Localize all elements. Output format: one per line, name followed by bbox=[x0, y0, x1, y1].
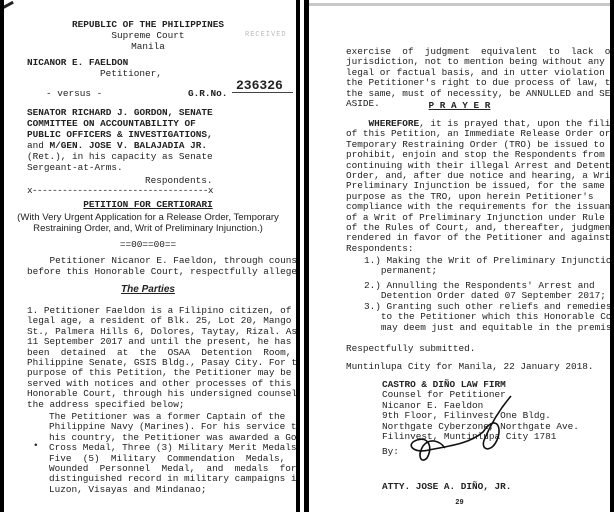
signature-mark bbox=[399, 392, 519, 464]
relief-item-3: 3.) Granting such other reliefs and reme… bbox=[364, 302, 610, 333]
intro-line-2: before this Honorable Court, respectfull… bbox=[27, 267, 296, 277]
respondent-line-4: and M/GEN. JOSE V. BALAJADIA JR. bbox=[27, 141, 207, 151]
respondent-line-5: (Ret.), in his capacity as Senate bbox=[27, 152, 213, 162]
right-document-page: exercise of judgment equivalent to lack … bbox=[309, 0, 610, 512]
attorney-name: ATTY. JOSE A. DIÑO, JR. bbox=[382, 482, 511, 492]
relief-item-1: 1.) Making the Writ of Preliminary Injun… bbox=[364, 256, 610, 277]
continuation-line: the same, must of necessity, be ANNULLED… bbox=[346, 89, 610, 99]
received-stamp: RECEIVED bbox=[245, 30, 287, 40]
gr-label: G.R.No. bbox=[188, 89, 227, 99]
petition-subtitle-1: (With Very Urgent Application for a Rele… bbox=[0, 212, 296, 223]
ornamental-divider: ==00==00== bbox=[0, 240, 296, 250]
respondent-line-3: PUBLIC OFFICERS & INVESTIGATIONS, bbox=[27, 130, 213, 140]
paragraph-1: 1. Petitioner Faeldon is a Filipino citi… bbox=[27, 306, 296, 410]
petition-subtitle-2: Restraining Order, and, Writ of Prelimin… bbox=[0, 223, 296, 234]
frame-border-left bbox=[0, 0, 4, 512]
prayer-heading: P R A Y E R bbox=[309, 101, 610, 111]
relief-item-2: 2.) Annulling the Respondents' Arrest an… bbox=[364, 281, 610, 302]
petition-title: PETITION FOR CERTIORARI bbox=[0, 200, 296, 210]
court-city: Manila bbox=[0, 42, 296, 52]
page-top-edge bbox=[309, 3, 610, 6]
frame-border-right bbox=[610, 0, 614, 512]
relief-line: may deem just and equitable in the premi… bbox=[364, 323, 610, 333]
intro-line-1: Petitioner Nicanor E. Faeldon, through c… bbox=[27, 256, 296, 266]
versus-text: - versus - bbox=[46, 89, 102, 99]
petitioner-name: NICANOR E. FAELDON bbox=[27, 58, 128, 68]
prayer-paragraph: WHEREFORE, it is prayed that, upon the f… bbox=[346, 119, 610, 254]
wherefore-text: WHEREFORE bbox=[369, 118, 420, 129]
caption-separator: x-----------------------------------x bbox=[27, 186, 213, 196]
paragraph-1-line: the address specified below; bbox=[27, 400, 296, 410]
respondent-line-1: SENATOR RICHARD J. GORDON, SENATE bbox=[27, 108, 213, 118]
bullet-marker: • bbox=[33, 441, 39, 451]
respondent-line-4-prefix: and bbox=[27, 140, 50, 151]
respondent-line-6: Sergeant-at-Arms. bbox=[27, 163, 123, 173]
petitioner-role: Petitioner, bbox=[100, 69, 162, 79]
page-number: 29 bbox=[309, 498, 610, 508]
respectfully-submitted: Respectfully submitted. bbox=[346, 344, 475, 354]
section-heading-parties: The Parties bbox=[0, 284, 296, 295]
respondent-line-2: COMMITTEE ON ACCOUNTABILITY OF bbox=[27, 119, 196, 129]
gr-number: 236326 bbox=[232, 81, 293, 93]
left-document-page: REPUBLIC OF THE PHILIPPINES Supreme Cour… bbox=[0, 0, 296, 512]
frame-border-middle-right bbox=[304, 0, 309, 512]
republic-heading: REPUBLIC OF THE PHILIPPINES bbox=[0, 20, 296, 30]
frame-border-middle-left bbox=[296, 0, 300, 512]
paragraph-2-line: Luzon, Visayas and Mindanao; bbox=[49, 485, 296, 495]
paragraph-2: The Petitioner was a former Captain of t… bbox=[49, 412, 296, 495]
prayer-line: Respondents: bbox=[346, 244, 610, 254]
respondent-line-4-name: M/GEN. JOSE V. BALAJADIA JR. bbox=[50, 140, 208, 151]
by-label: By: bbox=[382, 447, 399, 457]
place-and-date: Muntinlupa City for Manila, 22 January 2… bbox=[346, 362, 594, 372]
prayer-first-rest: , it is prayed that, upon the filing bbox=[419, 118, 610, 129]
relief-line: permanent; bbox=[364, 266, 610, 276]
